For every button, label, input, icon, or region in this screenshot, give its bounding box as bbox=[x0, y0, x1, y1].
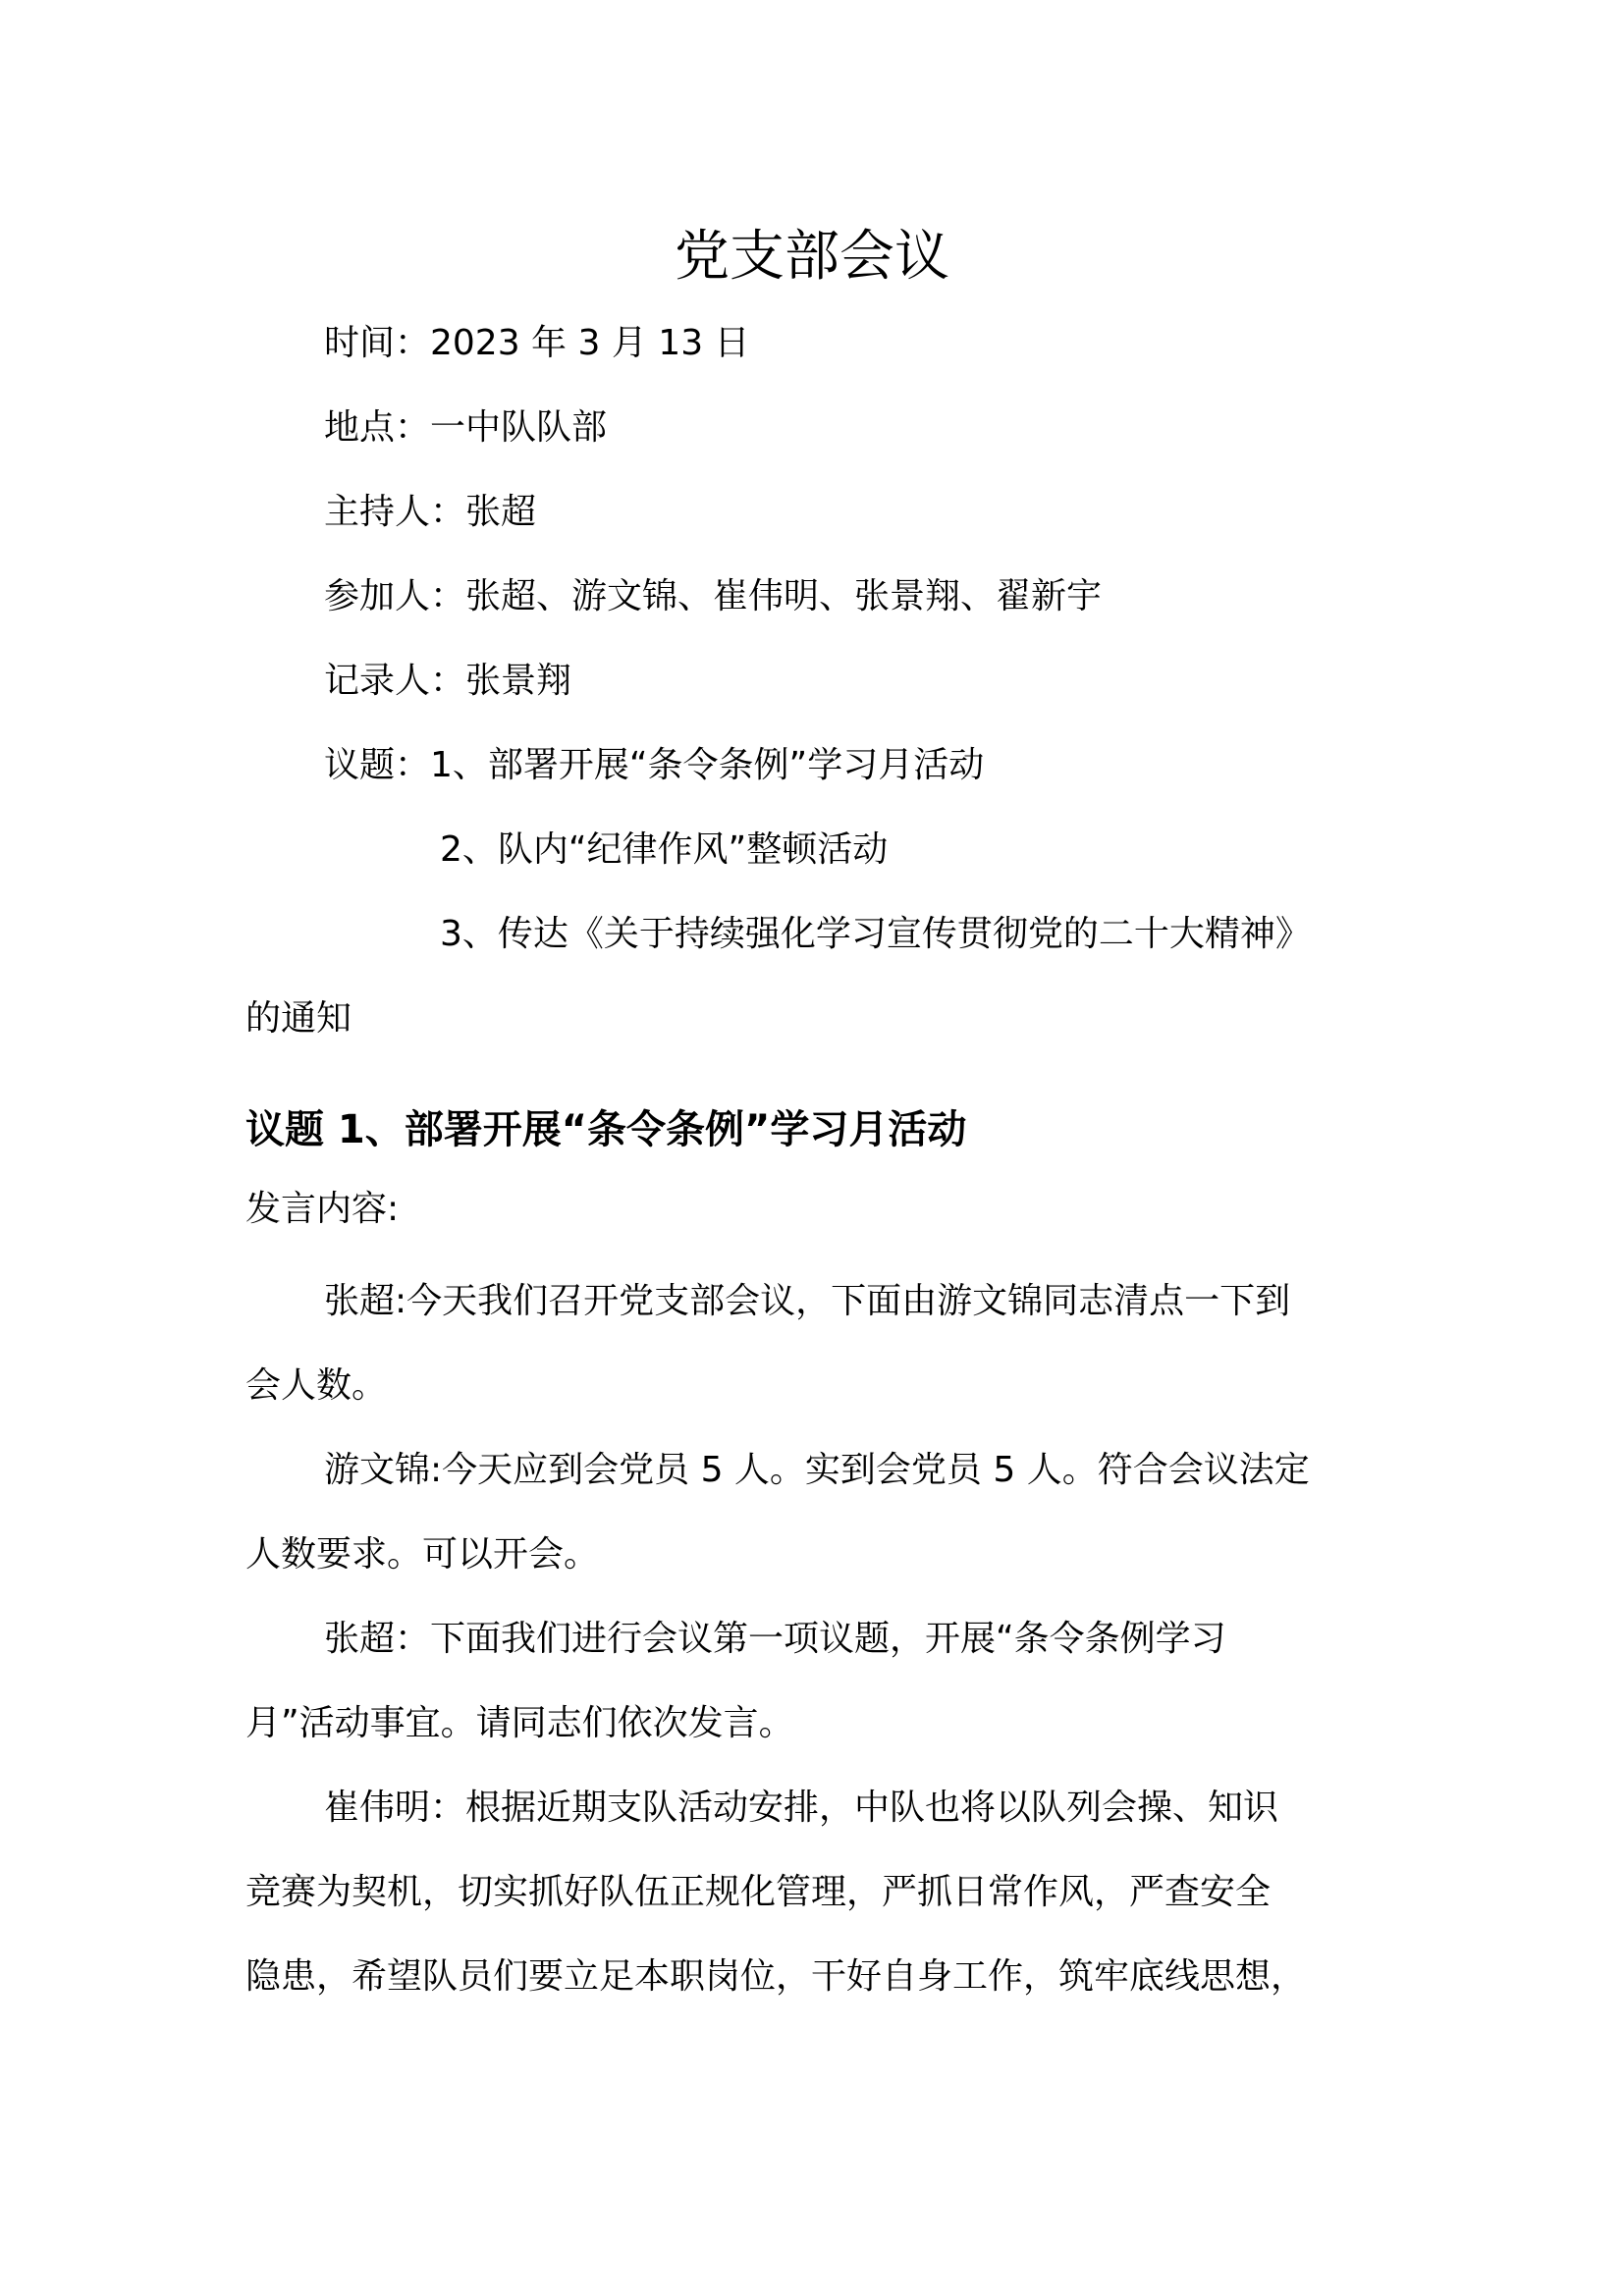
meta-agenda-1: 议题：1、部署开展“条令条例”学习月活动 bbox=[324, 744, 984, 787]
document-page: 党支部会议 时间：2023 年 3 月 13 日 地点：一中队队部 主持人：张超… bbox=[0, 0, 1624, 2296]
speech-line: 隐患，希望队员们要立足本职岗位，干好自身工作，筑牢底线思想， bbox=[245, 1955, 1306, 1999]
meta-place: 地点：一中队队部 bbox=[324, 406, 607, 450]
meta-recorder: 记录人：张景翔 bbox=[324, 660, 571, 703]
speech-line: 月”活动事宜。请同志们依次发言。 bbox=[245, 1702, 794, 1745]
speech-line: 竞赛为契机，切实抓好队伍正规化管理，严抓日常作风，严查安全 bbox=[245, 1871, 1271, 1914]
speech-line: 张超:今天我们召开党支部会议，下面由游文锦同志清点一下到 bbox=[324, 1280, 1290, 1323]
speech-line: 人数要求。可以开会。 bbox=[245, 1533, 599, 1576]
speech-label: 发言内容: bbox=[245, 1188, 399, 1231]
meta-time: 时间：2023 年 3 月 13 日 bbox=[324, 322, 750, 365]
speech-line: 游文锦:今天应到会党员 5 人。实到会党员 5 人。符合会议法定 bbox=[324, 1449, 1310, 1492]
meta-agenda-2: 2、队内“纪律作风”整顿活动 bbox=[440, 828, 888, 872]
speech-line: 会人数。 bbox=[245, 1364, 387, 1408]
speech-line: 崔伟明：根据近期支队活动安排，中队也将以队列会操、知识 bbox=[324, 1787, 1278, 1830]
section-heading: 议题 1、部署开展“条令条例”学习月活动 bbox=[245, 1105, 966, 1154]
meta-host: 主持人：张超 bbox=[324, 491, 536, 534]
page-title: 党支部会议 bbox=[0, 224, 1624, 291]
meta-agenda-3: 3、传达《关于持续强化学习宣传贯彻党的二十大精神》 bbox=[440, 913, 1311, 956]
meta-agenda-3-cont: 的通知 bbox=[245, 997, 352, 1041]
meta-attendees: 参加人：张超、游文锦、崔伟明、张景翔、翟新宇 bbox=[324, 575, 1102, 618]
speech-line: 张超：下面我们进行会议第一项议题，开展“条令条例学习 bbox=[324, 1618, 1226, 1661]
